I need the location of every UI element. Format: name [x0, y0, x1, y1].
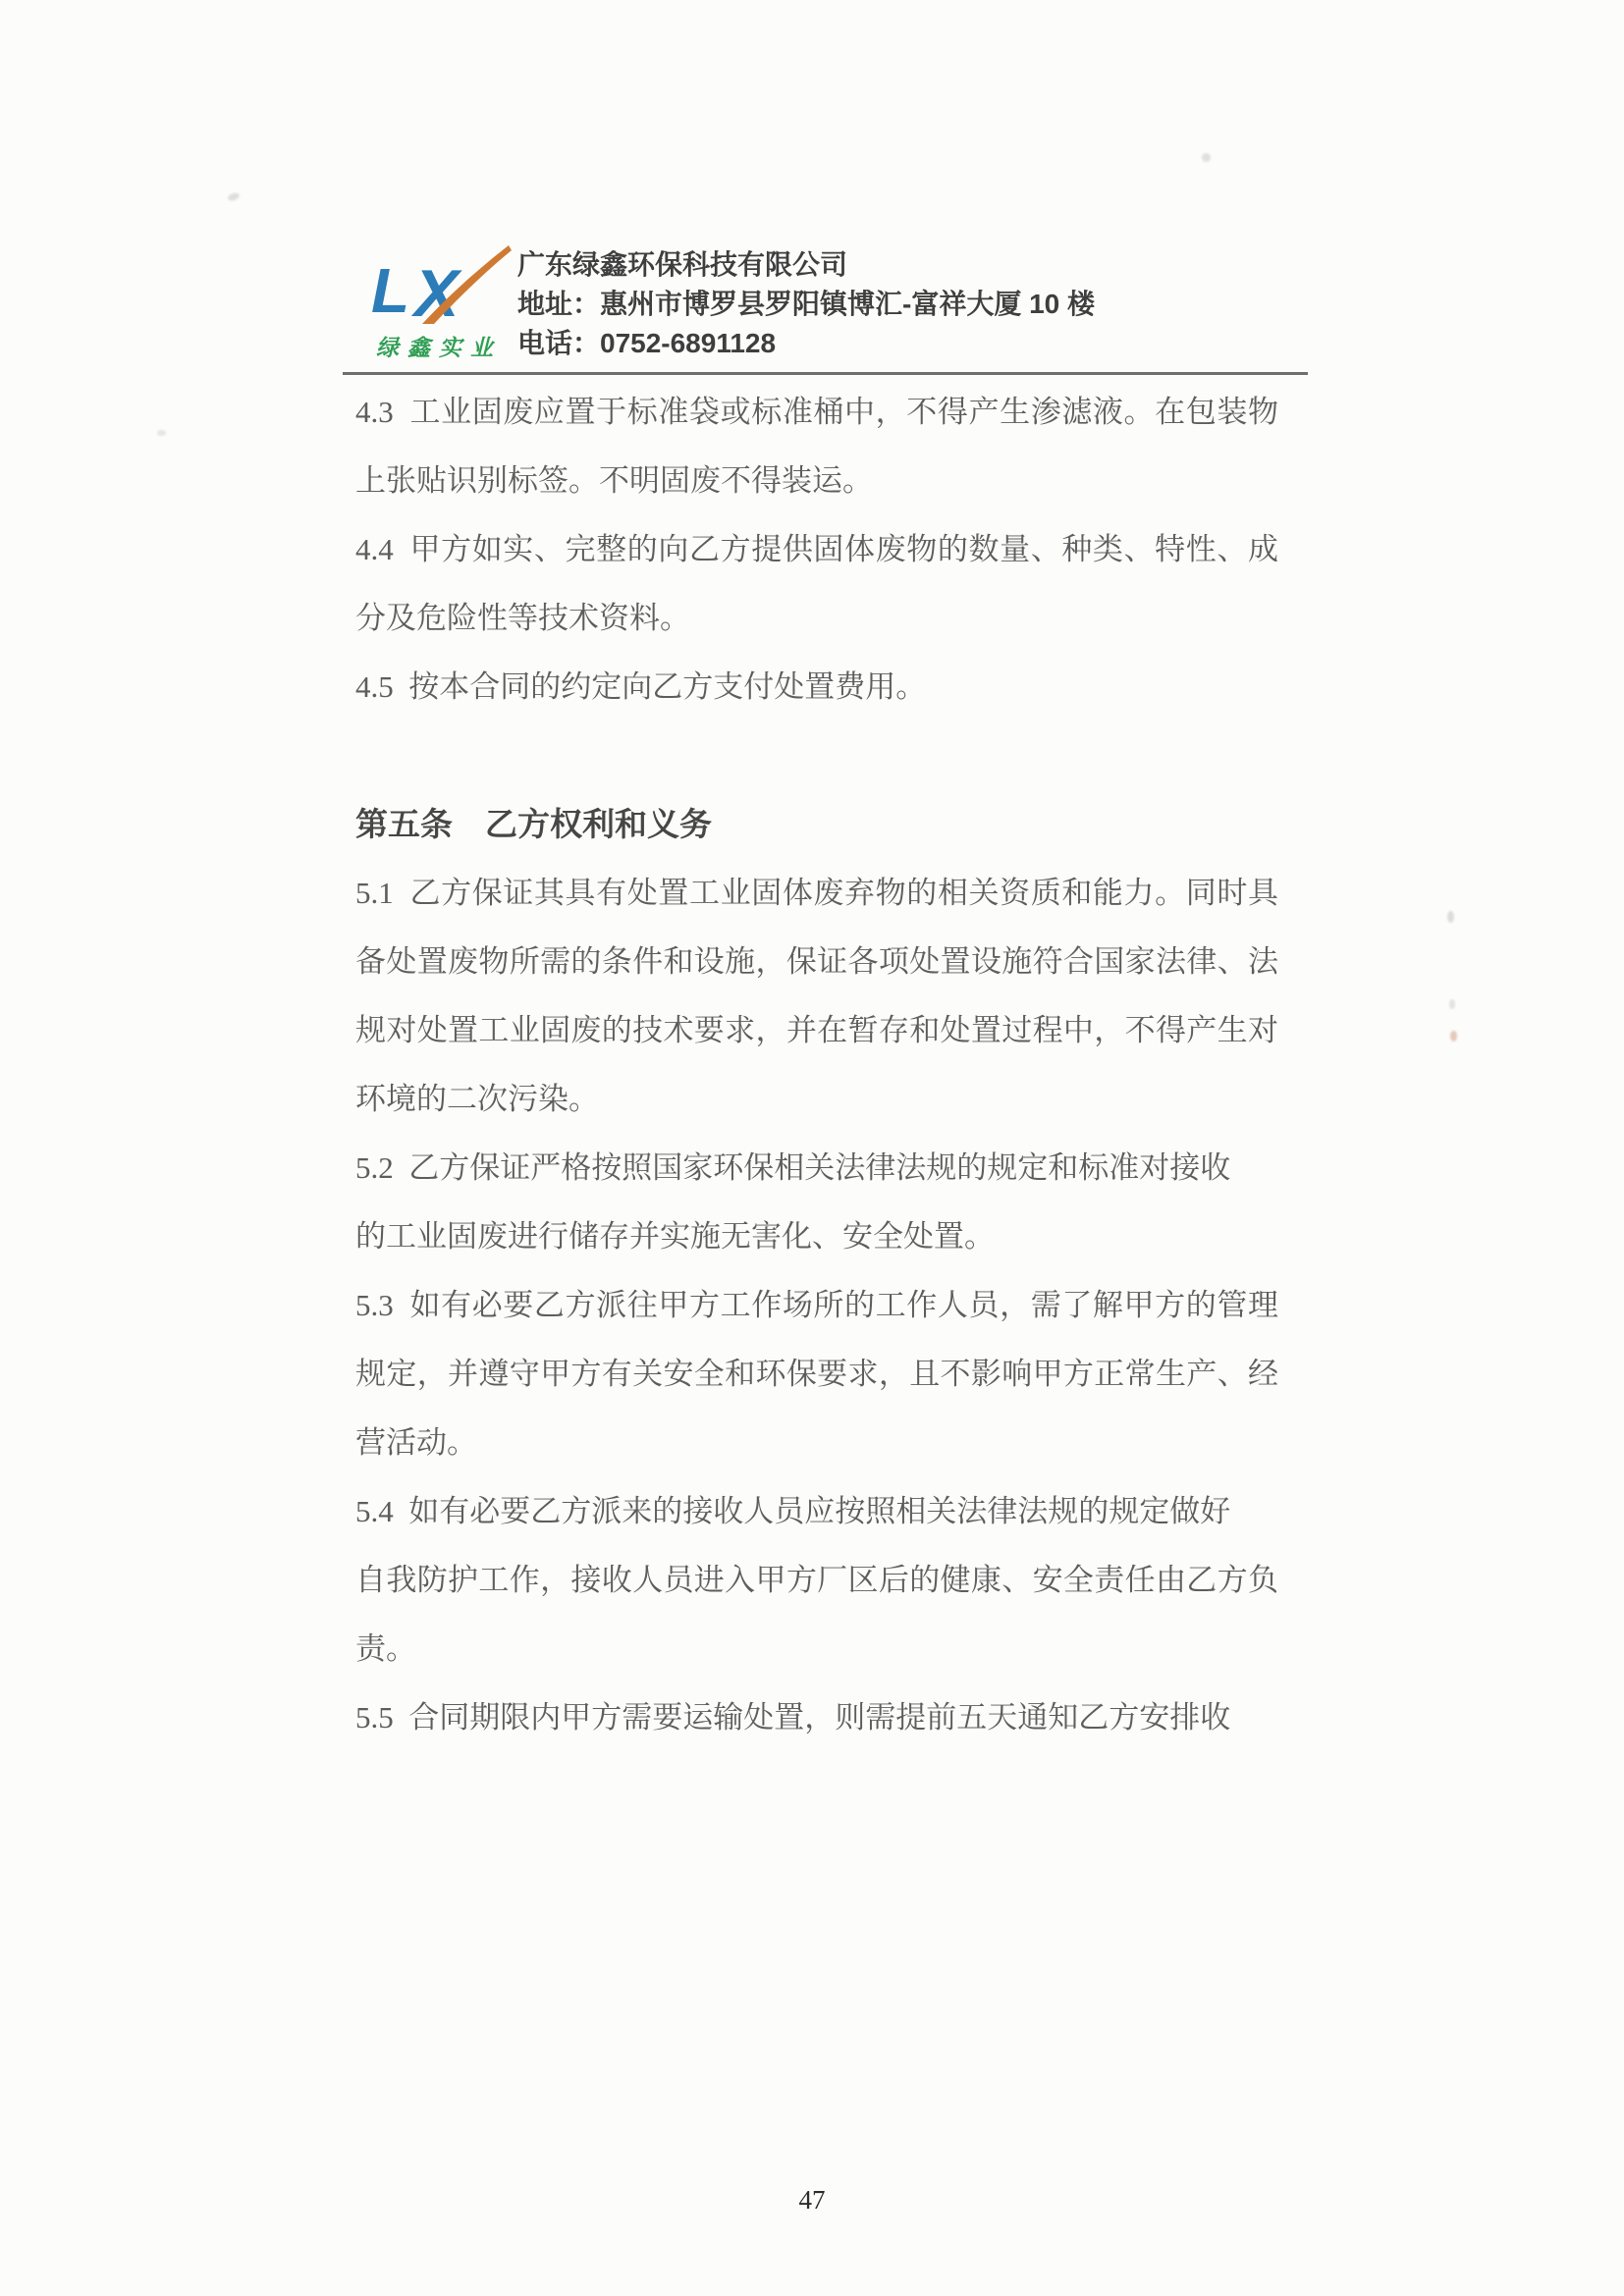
scan-speck — [1450, 1031, 1457, 1041]
clause-line-5-4: 5.4 如有必要乙方派来的接收人员应按照相关法律法规的规定做好 — [355, 1477, 1278, 1546]
document-page: L X 绿鑫实业 广东绿鑫环保科技有限公司 地址：惠州市博罗县罗阳镇博汇-富祥大… — [0, 0, 1624, 2296]
page-number: 47 — [0, 2185, 1624, 2216]
clause-line-5-1d: 环境的二次污染。 — [355, 1065, 1278, 1134]
clause-line-5-1c: 规对处置工业固废的技术要求，并在暂存和处置过程中，不得产生对 — [355, 996, 1278, 1065]
clause-line-5-3: 5.3 如有必要乙方派往甲方工作场所的工作人员，需了解甲方的管理 — [355, 1271, 1278, 1340]
scan-speck — [1202, 153, 1211, 162]
clause-line-5-5: 5.5 合同期限内甲方需要运输处置，则需提前五天通知乙方安排收运。 — [355, 1683, 1278, 1752]
header-divider — [343, 372, 1308, 375]
company-name: 广东绿鑫环保科技有限公司 — [517, 245, 1303, 285]
clause-line-4-3b: 上张贴识别标签。不明固废不得装运。 — [355, 447, 1278, 515]
svg-text:L: L — [371, 255, 409, 326]
scan-speck — [227, 191, 241, 202]
lx-logo-icon: L X — [365, 241, 513, 328]
scan-speck — [157, 430, 166, 436]
clause-line-4-5: 4.5 按本合同的约定向乙方支付处置费用。 — [355, 653, 1278, 721]
clause-line-5-1b: 备处置废物所需的条件和设施，保证各项处置设施符合国家法律、法 — [355, 928, 1278, 996]
scan-speck — [1447, 911, 1454, 923]
clause-line-5-4b: 自我防护工作，接收人员进入甲方厂区后的健康、安全责任由乙方负 — [355, 1546, 1278, 1615]
logo-subtext: 绿鑫实业 — [365, 330, 513, 362]
company-address: 地址：惠州市博罗县罗阳镇博汇-富祥大厦 10 楼 — [517, 285, 1303, 324]
clause-line-4-4: 4.4 甲方如实、完整的向乙方提供固体废物的数量、种类、特性、成 — [355, 515, 1278, 584]
blank-line — [355, 721, 1278, 790]
company-info: 广东绿鑫环保科技有限公司 地址：惠州市博罗县罗阳镇博汇-富祥大厦 10 楼 电话… — [517, 245, 1303, 363]
clause-line-5-2b: 的工业固废进行储存并实施无害化、安全处置。 — [355, 1202, 1278, 1271]
company-phone: 电话：0752-6891128 — [517, 324, 1303, 363]
company-logo: L X 绿鑫实业 — [365, 241, 513, 362]
clause-line-5-2: 5.2 乙方保证严格按照国家环保相关法律法规的规定和标准对接收 — [355, 1134, 1278, 1202]
scan-speck — [1449, 999, 1455, 1009]
clause-line-4-3: 4.3 工业固废应置于标准袋或标准桶中，不得产生渗滤液。在包装物 — [355, 378, 1278, 447]
clause-line-5-1: 5.1 乙方保证其具有处置工业固体废弃物的相关资质和能力。同时具 — [355, 859, 1278, 928]
contract-body: 4.3 工业固废应置于标准袋或标准桶中，不得产生渗滤液。在包装物 上张贴识别标签… — [355, 378, 1278, 1752]
clause-line-5-3c: 营活动。 — [355, 1409, 1278, 1477]
section-heading: 第五条 乙方权利和义务 — [355, 790, 1278, 859]
clause-line-5-4c: 责。 — [355, 1615, 1278, 1683]
clause-line-4-4b: 分及危险性等技术资料。 — [355, 584, 1278, 653]
clause-line-5-3b: 规定，并遵守甲方有关安全和环保要求，且不影响甲方正常生产、经 — [355, 1340, 1278, 1409]
